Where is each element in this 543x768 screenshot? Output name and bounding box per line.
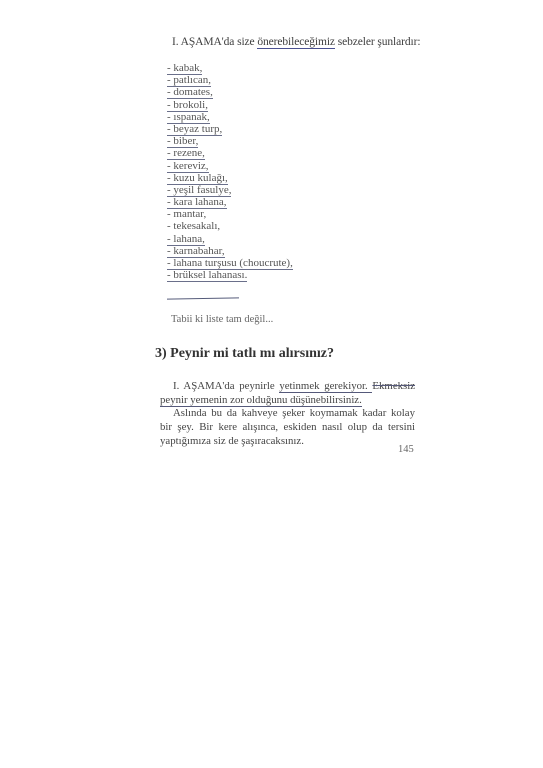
intro-underlined-word: önerebileceğimiz [257,36,335,49]
intro-suffix: sebzeler şunlardır: [335,36,421,48]
vegetable-item: - biber, [167,135,293,147]
list-note: Tabii ki liste tam değil... [171,314,273,325]
vegetable-item: - beyaz turp, [167,123,293,135]
handwritten-rule [167,297,239,299]
vegetable-text: - ıspanak, [167,111,210,124]
vegetable-text: - patlıcan, [167,74,211,87]
vegetable-item: - mantar, [167,208,293,220]
book-page: I. AŞAMA'da size önerebileceğimiz sebzel… [0,0,543,768]
vegetable-text: - karnabahar, [167,245,225,258]
paragraph-1: I. AŞAMA'da peynirle yetinmek gerekiyor.… [160,379,415,407]
vegetable-item: - kuzu kulağı, [167,172,293,184]
vegetable-item: - lahana turşusu (choucrute), [167,257,293,269]
vegetable-text: - kara lahana, [167,196,227,209]
vegetable-text: - lahana turşusu (choucrute), [167,257,293,270]
vegetable-text: - domates, [167,86,213,99]
vegetable-text: - biber, [167,135,198,148]
vegetable-text: - brüksel lahanası. [167,269,247,282]
vegetable-text: - kuzu kulağı, [167,172,228,185]
paragraph-2: Aslında bu da kahveye şeker koymamak kad… [160,406,415,448]
p1-underlined: yetinmek gerekiyor. [279,380,372,393]
vegetable-item: - brüksel lahanası. [167,269,293,281]
intro-line: I. AŞAMA'da size önerebileceğimiz sebzel… [172,36,420,48]
vegetable-item: - kara lahana, [167,196,293,208]
intro-prefix: I. AŞAMA'da size [172,36,257,48]
vegetable-item: - karnabahar, [167,245,293,257]
vegetable-item: - domates, [167,86,293,98]
vegetable-text: - lahana, [167,233,205,246]
vegetable-item: - kabak, [167,62,293,74]
vegetable-item: - brokoli, [167,99,293,111]
vegetable-text: - beyaz turp, [167,123,222,136]
p1-struck: Ekmeksiz [372,380,415,392]
vegetable-text: - kabak, [167,62,202,75]
vegetable-text: - kereviz, [167,160,209,173]
vegetable-text: - tekesakalı, [167,220,220,233]
section-heading: 3) Peynir mi tatlı mı alırsınız? [155,346,334,362]
vegetable-item: - lahana, [167,233,293,245]
vegetable-item: - ıspanak, [167,111,293,123]
p1-text-a: I. AŞAMA'da peynirle [173,380,279,392]
vegetable-text: - yeşil fasulye, [167,184,231,197]
vegetable-text: - rezene, [167,147,205,160]
vegetable-item: - kereviz, [167,160,293,172]
vegetable-item: - rezene, [167,147,293,159]
vegetable-list: - kabak,- patlıcan,- domates,- brokoli,-… [167,62,293,281]
vegetable-text: - mantar, [167,208,206,221]
vegetable-item: - tekesakalı, [167,220,293,232]
page-number: 145 [398,444,414,455]
vegetable-text: - brokoli, [167,99,208,112]
vegetable-item: - yeşil fasulye, [167,184,293,196]
vegetable-item: - patlıcan, [167,74,293,86]
